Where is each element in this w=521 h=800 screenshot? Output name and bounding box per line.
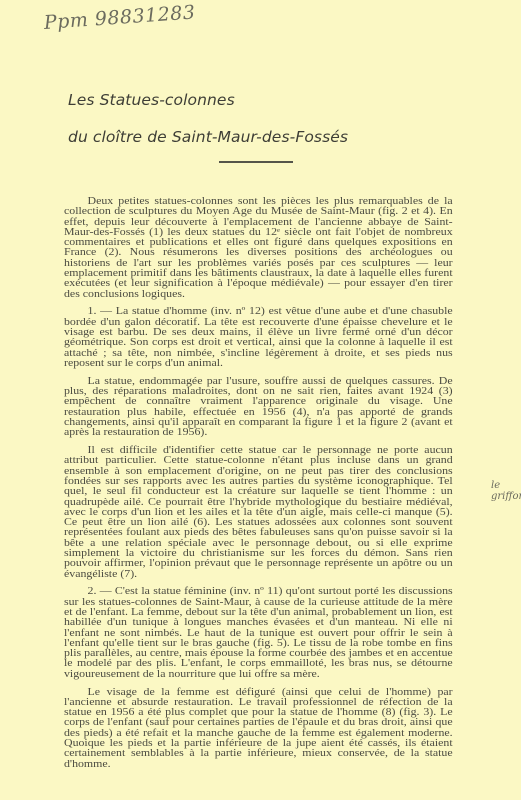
paragraph-male-restoration: La statue, endommagée par l'usure, souff… [64,377,453,439]
article-body: Deux petites statues-colonnes sont les p… [64,197,453,777]
title-line-1: Les Statues-colonnes [68,91,235,109]
paragraph-intro: Deux petites statues-colonnes sont les p… [64,197,453,300]
paragraph-female-restoration: Le visage de la femme est défiguré (ains… [64,688,453,770]
handwritten-catalog-number: Ppm 98831283 [43,1,196,34]
title-separator [219,161,293,163]
paragraph-male-identification: Il est difficile d'identifier cette stat… [64,446,453,580]
handwritten-margin-note: le griffon [491,480,521,502]
title-line-2: du cloître de Saint-Maur-des-Fossés [68,128,348,146]
paragraph-female-statue: 2. — C'est la statue féminine (inv. nº 1… [64,587,453,680]
paragraph-male-statue: 1. — La statue d'homme (inv. nº 12) est … [64,307,453,369]
